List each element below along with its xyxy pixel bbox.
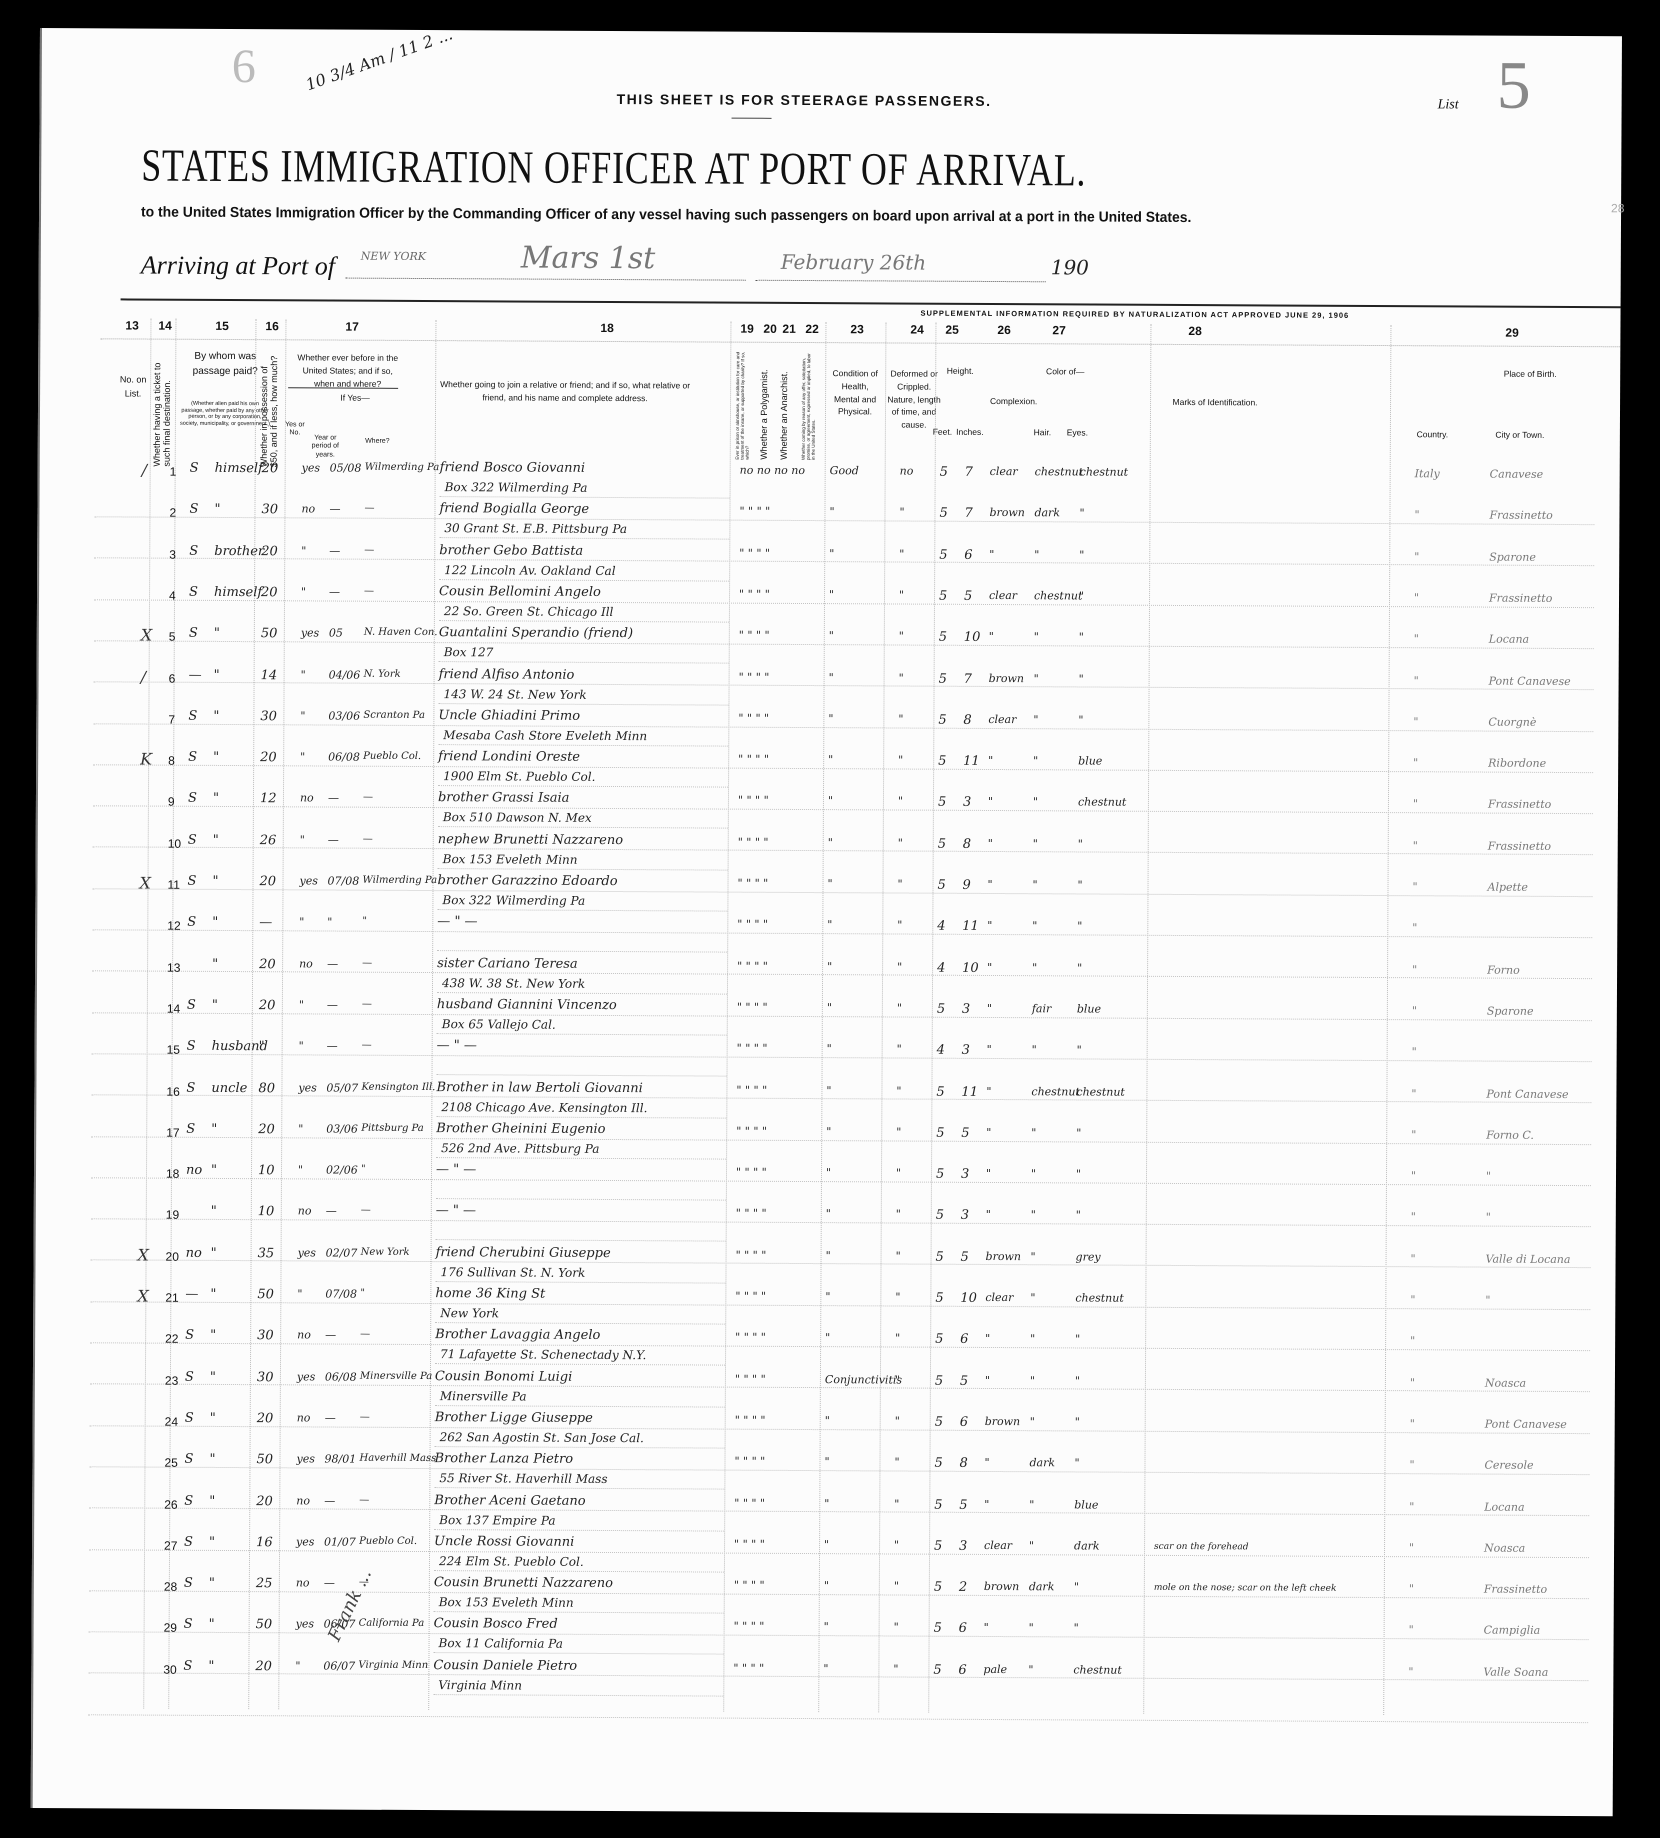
height-inches-cell: 5 — [959, 1497, 967, 1512]
eyes-cell: " — [1074, 1457, 1079, 1470]
eyes-cell: " — [1079, 589, 1084, 602]
passage-paid-cell: himself — [214, 585, 262, 600]
year-cell: — — [327, 998, 338, 1011]
height-feet-cell: 5 — [938, 836, 946, 851]
eyes-cell: " — [1074, 1622, 1079, 1635]
height-feet-cell: 5 — [935, 1415, 943, 1430]
cols-19-22-cell: " " " " — [739, 629, 770, 642]
height-feet-cell: 4 — [937, 1043, 945, 1058]
hair-cell: " — [1033, 713, 1038, 726]
where-cell: Pueblo Col. — [359, 1535, 417, 1546]
deformed-cell: " — [898, 836, 903, 849]
health-cell: " — [824, 1579, 829, 1592]
ticket-cell: — — [189, 667, 202, 682]
year-value: 190 — [1051, 255, 1089, 279]
complexion-cell: clear — [990, 465, 1018, 478]
relative-name-cell: friend Bogialla George — [439, 501, 589, 517]
relative-address-cell: 143 W. 24 St. New York — [443, 687, 586, 702]
complexion-cell: " — [988, 754, 993, 767]
hair-cell: " — [1032, 961, 1037, 974]
height-inches-cell: 9 — [962, 878, 970, 893]
ticket-cell: S — [184, 1493, 193, 1508]
height-inches-cell: 3 — [963, 795, 971, 810]
city-cell: Pont Canavese — [1485, 1417, 1567, 1430]
ticket-cell: — — [185, 1287, 198, 1302]
row-number: 20 — [166, 1249, 179, 1263]
deformed-cell: " — [899, 506, 904, 519]
money-cell: 50 — [256, 1452, 273, 1467]
height-feet-cell: 5 — [939, 589, 947, 604]
col-23-header: Condition of Health, Mental and Physical… — [830, 367, 880, 418]
ticket-cell: S — [185, 1328, 194, 1343]
height-inches-cell: 7 — [964, 671, 972, 686]
city-cell: Cuorgnè — [1488, 715, 1536, 728]
relative-name-cell: Guantalini Sperandio (friend) — [439, 625, 633, 641]
relative-address-cell: Box 510 Dawson N. Mex — [443, 811, 592, 826]
row-number: 6 — [169, 671, 176, 685]
cols-19-22-cell: " " " " — [735, 1290, 766, 1303]
complexion-cell: " — [987, 961, 992, 974]
complexion-cell: clear — [989, 589, 1017, 602]
before-in-us-cell: yes — [301, 627, 319, 640]
list-label: List — [1438, 97, 1459, 113]
col-25-feet: Feet. — [930, 426, 955, 439]
complexion-cell: " — [986, 1084, 991, 1097]
cols-19-22-cell: " " " " — [738, 794, 769, 807]
divider — [732, 118, 772, 119]
relative-name-cell: nephew Brunetti Nazzareno — [438, 832, 623, 848]
year-cell: — — [326, 1205, 337, 1218]
country-cell: " — [1410, 1376, 1415, 1389]
deformed-cell: " — [894, 1456, 899, 1469]
year-cell: 05/08 — [330, 462, 362, 475]
where-cell: " — [360, 1288, 365, 1299]
deformed-cell: " — [894, 1580, 899, 1593]
col-29-header: Place of Birth. — [1480, 368, 1580, 381]
col-25-header: Height. — [940, 365, 980, 378]
ticket-cell: S — [187, 915, 196, 930]
col-14-header: Whether having a ticket to such final de… — [153, 347, 173, 467]
row-number: 5 — [169, 630, 176, 644]
height-inches-cell: 8 — [963, 713, 971, 728]
height-feet-cell: 5 — [936, 1249, 944, 1264]
col-21-number: 21 — [782, 322, 795, 336]
complexion-cell: pale — [983, 1663, 1007, 1676]
health-cell: Good — [830, 464, 859, 477]
col-17-where: Where? — [360, 437, 395, 448]
cols-19-22-cell: " " " " — [736, 1166, 767, 1179]
complexion-cell: " — [984, 1456, 989, 1469]
money-cell: 20 — [259, 874, 276, 889]
height-inches-cell: 6 — [964, 547, 972, 562]
hair-cell: " — [1029, 1498, 1034, 1511]
money-cell: 20 — [257, 1411, 274, 1426]
city-cell: " — [1486, 1211, 1491, 1224]
relative-name-cell: Brother in law Bertoli Giovanni — [436, 1080, 642, 1096]
margin-check-mark: X — [138, 1245, 149, 1264]
passage-paid-cell: " — [209, 1452, 215, 1467]
eyes-cell: " — [1075, 1374, 1080, 1387]
hair-cell: " — [1032, 920, 1037, 933]
eyes-cell: " — [1078, 837, 1083, 850]
money-cell: 12 — [260, 792, 277, 807]
complexion-cell: brown — [984, 1580, 1020, 1593]
health-cell: " — [825, 1290, 830, 1303]
complexion-cell: " — [986, 1208, 991, 1221]
col-29-country: Country. — [1410, 428, 1455, 441]
deformed-cell: " — [894, 1497, 899, 1510]
year-cell: 05/07 — [326, 1081, 358, 1094]
health-cell: " — [827, 1042, 832, 1055]
relative-name-cell: brother Gebo Battista — [439, 543, 583, 559]
height-inches-cell: 11 — [963, 754, 980, 769]
height-feet-cell: 5 — [934, 1456, 942, 1471]
complexion-cell: " — [987, 878, 992, 891]
col-27-header: Color of— — [1040, 365, 1090, 378]
complexion-cell: " — [986, 1126, 991, 1139]
city-cell: Frassinetto — [1488, 798, 1551, 811]
country-cell: " — [1411, 1169, 1416, 1182]
country-cell: " — [1413, 839, 1418, 852]
ticket-cell: S — [189, 502, 198, 517]
year-cell: 07/08 — [328, 875, 360, 888]
height-feet-cell: 5 — [936, 1084, 944, 1099]
deformed-cell: " — [896, 1125, 901, 1138]
ticket-cell: S — [188, 750, 197, 765]
row-number: 13 — [167, 960, 180, 974]
relative-name-cell: — " — — [436, 1203, 476, 1218]
deformed-cell: " — [896, 1208, 901, 1221]
money-cell: 25 — [256, 1576, 273, 1591]
money-cell: 20 — [262, 461, 279, 476]
sheet-stamp-number: 6 — [232, 39, 256, 94]
height-inches-cell: 7 — [965, 465, 973, 480]
col-13-number: 13 — [125, 318, 138, 332]
col-27-hair: Hair. — [1030, 426, 1055, 439]
row-number: 18 — [166, 1167, 179, 1181]
ticket-cell: S — [187, 1039, 196, 1054]
health-cell: " — [824, 1621, 829, 1634]
height-feet-cell: 5 — [939, 547, 947, 562]
height-inches-cell: 6 — [958, 1663, 966, 1678]
complexion-cell: " — [989, 548, 994, 561]
relative-address-cell: Mesaba Cash Store Eveleth Minn — [443, 728, 647, 743]
where-cell: Pittsburg Pa — [361, 1122, 424, 1133]
complexion-cell: " — [985, 1332, 990, 1345]
before-in-us-cell: no — [297, 1329, 311, 1342]
complexion-cell: " — [984, 1497, 989, 1510]
passage-paid-cell: " — [210, 1411, 216, 1426]
relative-name-cell: brother Garazzino Edoardo — [438, 873, 618, 889]
row-number: 4 — [169, 589, 176, 603]
year-cell: 03/06 — [328, 709, 360, 722]
row-number: 19 — [166, 1208, 179, 1222]
deformed-cell: " — [897, 960, 902, 973]
health-cell: " — [824, 1497, 829, 1510]
relative-name-cell: Cousin Daniele Pietro — [433, 1658, 577, 1674]
health-cell: " — [829, 547, 834, 560]
col-25-inches: Inches. — [955, 426, 985, 439]
passage-paid-cell: " — [209, 1493, 215, 1508]
country-cell: Italy — [1415, 467, 1440, 480]
money-cell: 10 — [258, 1205, 275, 1220]
eyes-cell: " — [1074, 1581, 1079, 1594]
complexion-cell: " — [987, 1002, 992, 1015]
eyes-cell: " — [1079, 672, 1084, 685]
hair-cell: " — [1030, 1374, 1035, 1387]
row-number: 10 — [168, 836, 181, 850]
where-cell: — — [363, 792, 373, 803]
where-cell: — — [364, 586, 374, 597]
passage-paid-cell: " — [212, 957, 218, 972]
passage-paid-cell: brother — [214, 544, 264, 559]
hair-cell: " — [1029, 1539, 1034, 1552]
passage-paid-cell: " — [214, 626, 220, 641]
money-cell: 20 — [259, 998, 276, 1013]
col-22-number: 22 — [805, 322, 818, 336]
where-cell: — — [362, 999, 372, 1010]
year-cell: — — [329, 544, 340, 557]
country-cell: " — [1409, 1541, 1414, 1554]
hair-cell: dark — [1034, 507, 1060, 520]
country-cell: " — [1413, 756, 1418, 769]
health-cell: " — [828, 712, 833, 725]
money-cell: 14 — [261, 668, 278, 683]
before-in-us-cell: " — [299, 916, 304, 929]
height-feet-cell: 5 — [936, 1208, 944, 1223]
eyes-cell: " — [1076, 1168, 1081, 1181]
height-inches-cell: 11 — [961, 1084, 978, 1099]
country-cell: " — [1411, 1087, 1416, 1100]
ticket-cell: S — [184, 1535, 193, 1550]
relative-name-cell: Cousin Bonomi Luigi — [435, 1369, 572, 1385]
year-cell: 01/07 — [324, 1535, 356, 1548]
col-14-number: 14 — [158, 319, 171, 333]
country-cell: " — [1412, 921, 1417, 934]
passage-paid-cell: " — [212, 915, 218, 930]
margin-check-mark: K — [140, 750, 152, 769]
passage-paid-cell: himself — [215, 461, 263, 476]
money-cell: 20 — [261, 585, 278, 600]
before-in-us-cell: " — [298, 1122, 303, 1135]
eyes-cell: chestnut — [1078, 796, 1126, 809]
ticket-cell: S — [184, 1576, 193, 1591]
col-26-number: 26 — [997, 323, 1010, 337]
complexion-cell: clear — [984, 1539, 1012, 1552]
supplemental-heading: SUPPLEMENTAL INFORMATION REQUIRED BY NAT… — [920, 309, 1349, 320]
date-line — [756, 280, 1046, 283]
passage-paid-cell: " — [212, 998, 218, 1013]
money-cell: 80 — [258, 1081, 275, 1096]
deformed-cell: " — [894, 1621, 899, 1634]
eyes-cell: blue — [1077, 1002, 1101, 1015]
deformed-cell: " — [899, 588, 904, 601]
cols-19-22-cell: " " " " — [734, 1455, 765, 1468]
relative-address-cell: 30 Grant St. E.B. Pittsburg Pa — [444, 521, 627, 536]
year-cell: — — [329, 503, 340, 516]
col-19-header: Ever in prison or almshouse, or institut… — [736, 350, 751, 460]
ticket-cell: S — [189, 626, 198, 641]
health-cell: " — [826, 1208, 831, 1221]
cols-19-22-cell: " " " " — [738, 835, 769, 848]
where-cell: Wilmerding Pa — [363, 875, 438, 886]
height-feet-cell: 5 — [939, 630, 947, 645]
city-cell: Noasca — [1485, 1376, 1526, 1389]
before-in-us-cell: yes — [296, 1453, 314, 1466]
passage-paid-cell: " — [209, 1617, 215, 1632]
cols-19-22-cell: " " " " — [733, 1661, 764, 1674]
arriving-label: Arriving at Port of — [141, 251, 335, 282]
page-subtitle: to the United States Immigration Officer… — [141, 205, 1191, 226]
hair-cell: chestnut — [1031, 1085, 1079, 1098]
health-cell: " — [827, 918, 832, 931]
height-feet-cell: 5 — [934, 1497, 942, 1512]
passage-paid-cell: " — [214, 667, 220, 682]
col-17-number: 17 — [345, 320, 358, 334]
row-number: 15 — [167, 1043, 180, 1057]
complexion-cell: clear — [988, 713, 1016, 726]
cols-19-22-cell: " " " " — [737, 877, 768, 890]
complexion-cell: " — [989, 630, 994, 643]
margin-check-mark: / — [142, 461, 147, 480]
complexion-cell: " — [988, 837, 993, 850]
cols-19-22-cell: no no no no — [740, 464, 805, 477]
year-cell: 05 — [329, 627, 343, 640]
before-in-us-cell: no — [301, 503, 315, 516]
col-15-note: (Whether alien paid his own passage, whe… — [180, 401, 270, 428]
before-in-us-cell: " — [299, 1040, 304, 1053]
relative-address-cell: 122 Lincoln Av. Oakland Cal — [444, 563, 615, 578]
col-26-header: Complexion. — [990, 395, 1030, 408]
eyes-cell: " — [1077, 878, 1082, 891]
country-cell: " — [1411, 1211, 1416, 1224]
health-cell: Conjunctivitis — [825, 1373, 902, 1386]
city-cell: Locana — [1489, 633, 1529, 646]
where-cell: — — [361, 1205, 371, 1216]
deformed-cell: " — [896, 1084, 901, 1097]
cols-19-22-cell: " " " " — [737, 918, 768, 931]
row-number: 30 — [163, 1662, 176, 1676]
relative-name-cell: Brother Gheinini Eugenio — [436, 1121, 605, 1137]
relative-name-cell: friend Londini Oreste — [438, 749, 580, 765]
height-inches-cell: 3 — [962, 1043, 970, 1058]
money-cell: 50 — [256, 1618, 273, 1633]
relative-address-cell: 176 Sullivan St. N. York — [440, 1265, 585, 1280]
ticket-cell: S — [188, 791, 197, 806]
passage-paid-cell: " — [211, 1122, 217, 1137]
col-17-yes-no: Yes or No. — [285, 421, 305, 438]
before-in-us-cell: no — [296, 1576, 310, 1589]
money-cell: — — [259, 915, 272, 930]
row-number: 11 — [167, 878, 180, 892]
before-in-us-cell: " — [301, 585, 306, 598]
col-29-city: City or Town. — [1490, 429, 1550, 442]
relative-name-cell: Brother Lavaggia Angelo — [435, 1327, 600, 1343]
complexion-cell: clear — [985, 1291, 1013, 1304]
relative-name-cell: friend Cherubini Giuseppe — [436, 1245, 611, 1261]
money-cell: " — [259, 1039, 265, 1054]
margin-check-mark: X — [141, 626, 152, 645]
where-cell: New York — [361, 1246, 410, 1257]
relative-address-cell: Box 137 Empire Pa — [439, 1513, 555, 1528]
ticket-cell: S — [187, 874, 196, 889]
health-cell: " — [829, 588, 834, 601]
before-in-us-cell: " — [299, 998, 304, 1011]
money-cell: 50 — [257, 1287, 274, 1302]
before-in-us-cell: yes — [296, 1535, 314, 1548]
col-28-header: Marks of Identification. — [1160, 396, 1270, 409]
height-inches-cell: 3 — [959, 1539, 967, 1554]
money-cell: 30 — [257, 1370, 274, 1385]
relative-name-cell: Brother Aceni Gaetano — [434, 1493, 585, 1509]
where-cell: — — [363, 833, 373, 844]
city-cell: Sparone — [1489, 550, 1536, 563]
row-number: 9 — [168, 795, 175, 809]
city-cell: Ceresole — [1484, 1459, 1533, 1472]
relative-address-cell: 224 Elm St. Pueblo Col. — [439, 1554, 584, 1569]
row-number: 26 — [164, 1497, 177, 1511]
eyes-cell: grey — [1076, 1250, 1101, 1263]
passage-paid-cell: " — [209, 1576, 215, 1591]
deformed-cell: " — [894, 1538, 899, 1551]
deformed-cell: " — [898, 712, 903, 725]
col-22-header: Whether coming by reason of any offer, s… — [802, 350, 817, 460]
country-cell: " — [1409, 1500, 1414, 1513]
relative-address-cell: 1900 Elm St. Pueblo Col. — [443, 769, 595, 784]
deformed-cell: " — [899, 630, 904, 643]
relative-name-cell: husband Giannini Vincenzo — [437, 997, 617, 1013]
hair-cell: " — [1034, 630, 1039, 643]
cols-19-22-cell: " " " " — [736, 1207, 767, 1220]
ticket-cell: S — [183, 1658, 192, 1673]
deformed-cell: " — [897, 919, 902, 932]
passage-paid-cell: " — [212, 874, 218, 889]
cols-19-22-cell: " " " " — [737, 1001, 768, 1014]
health-cell: " — [826, 1249, 831, 1262]
before-in-us-cell: yes — [297, 1370, 315, 1383]
health-cell: " — [826, 1125, 831, 1138]
height-inches-cell: 7 — [964, 506, 972, 521]
city-cell: Frassinetto — [1484, 1583, 1547, 1596]
ticket-cell: S — [185, 1411, 194, 1426]
cols-19-22-cell: " " " " — [739, 505, 770, 518]
city-cell: Frassinetto — [1489, 591, 1552, 604]
col-15-number: 15 — [215, 319, 228, 333]
cols-19-22-cell: " " " " — [734, 1496, 765, 1509]
where-cell: — — [360, 1329, 370, 1340]
col-24-number: 24 — [910, 323, 923, 337]
city-cell: Pont Canavese — [1486, 1087, 1568, 1100]
hair-cell: " — [1030, 1415, 1035, 1428]
year-cell: — — [327, 1040, 338, 1053]
health-cell: " — [828, 836, 833, 849]
passage-paid-cell: " — [211, 1204, 217, 1219]
cols-19-22-cell: " " " " — [737, 1042, 768, 1055]
height-feet-cell: 5 — [938, 754, 946, 769]
health-cell: " — [826, 1084, 831, 1097]
health-cell: " — [827, 960, 832, 973]
passage-paid-cell: " — [211, 1163, 217, 1178]
where-cell: — — [360, 1412, 370, 1423]
col-28-number: 28 — [1188, 324, 1201, 338]
col-17-header: Whether ever before in the United States… — [295, 351, 400, 390]
col-21-header: Whether an Anarchist. — [780, 350, 790, 460]
eyes-cell: " — [1077, 920, 1082, 933]
cols-19-22-cell: " " " " — [736, 1124, 767, 1137]
city-cell: Forno — [1487, 963, 1520, 976]
money-cell: 30 — [257, 1328, 274, 1343]
height-feet-cell: 4 — [937, 919, 945, 934]
